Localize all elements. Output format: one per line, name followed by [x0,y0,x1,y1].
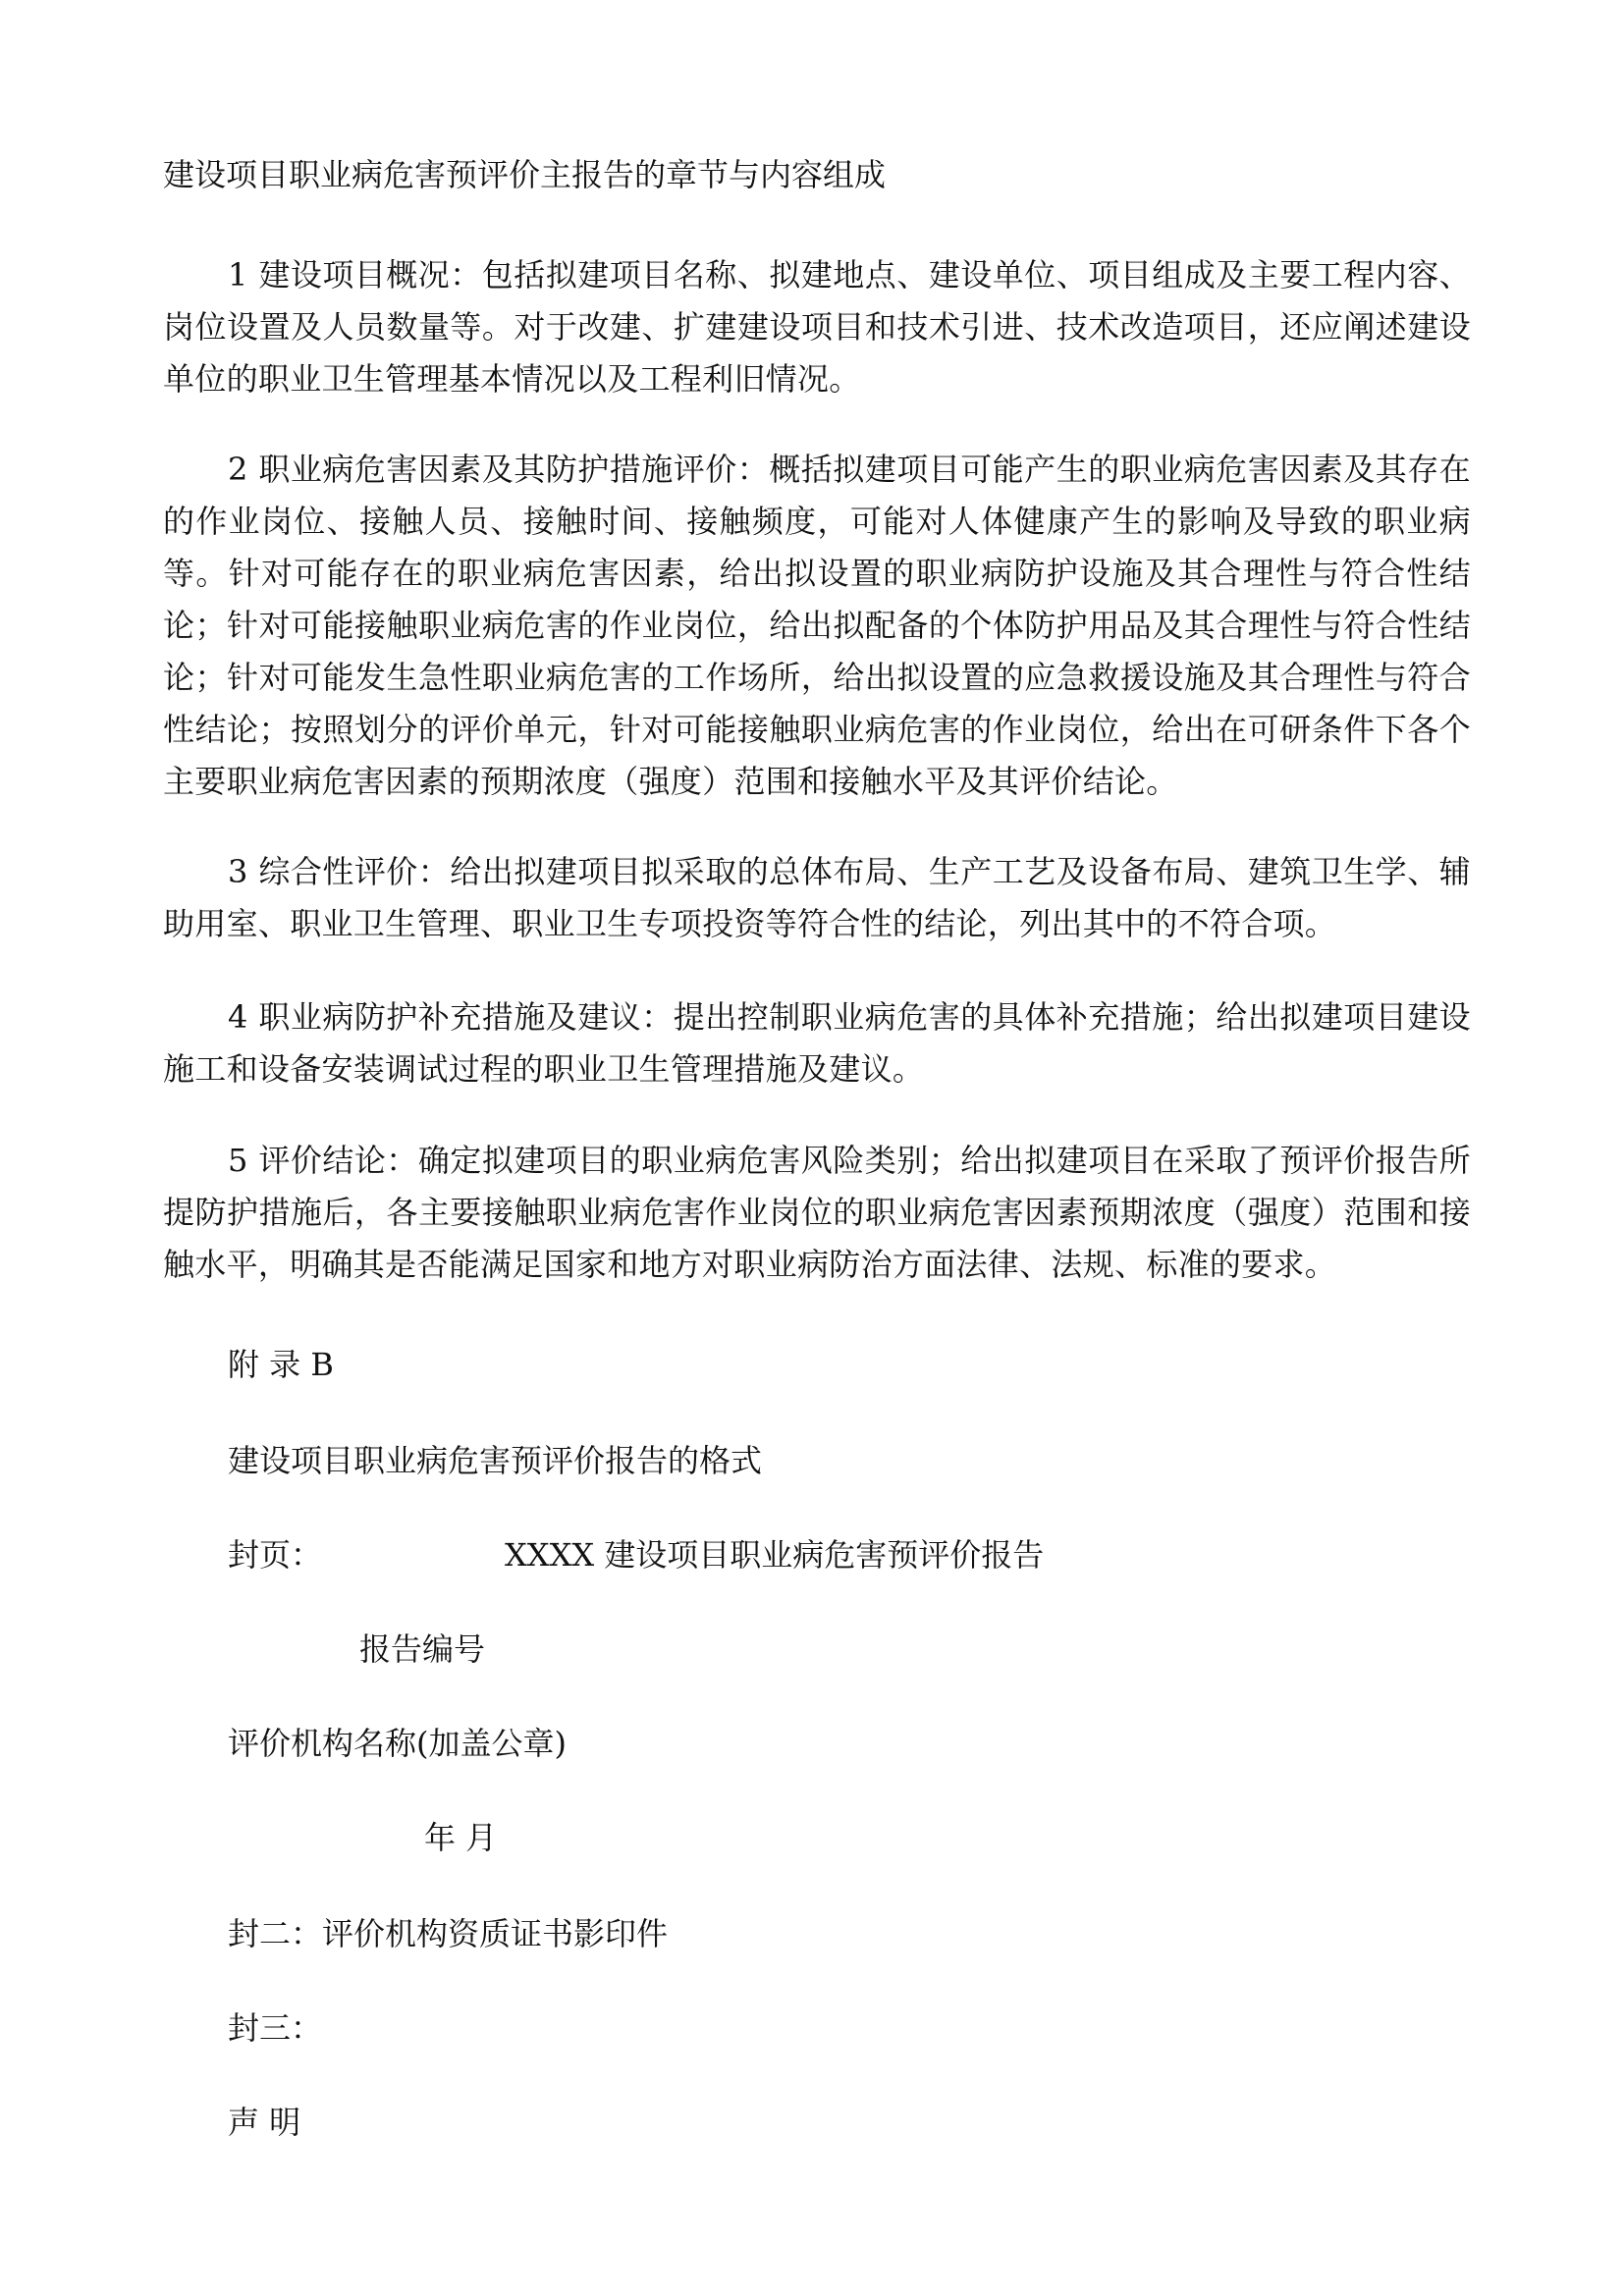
appendix-label: 附 录 B [228,1345,334,1384]
paragraph-item-4: 4 职业病防护补充措施及建议：提出控制职业病危害的具体补充措施；给出拟建项目建设… [163,991,1471,1095]
cover-label: 封页： [228,1535,322,1575]
date-label: 年 月 [424,1818,497,1857]
report-number-label: 报告编号 [359,1629,485,1669]
paragraph-item-3: 3 综合性评价：给出拟建项目拟采取的总体布局、生产工艺及设备布局、建筑卫生学、辅… [163,846,1471,950]
appendix-title: 建设项目职业病危害预评价报告的格式 [228,1441,762,1480]
paragraph-item-1: 1 建设项目概况：包括拟建项目名称、拟建地点、建设单位、项目组成及主要工程内容、… [163,249,1471,405]
cover-title: XXXX 建设项目职业病危害预评价报告 [505,1535,1044,1575]
section-title: 建设项目职业病危害预评价主报告的章节与内容组成 [163,155,886,194]
paragraph-item-2: 2 职业病危害因素及其防护措施评价：概括拟建项目可能产生的职业病危害因素及其存在… [163,444,1471,808]
cover3-label: 封三： [228,2008,322,2048]
cover2-label: 封二：评价机构资质证书影印件 [228,1914,668,1953]
statement-heading: 声 明 [228,2103,300,2142]
paragraph-item-5: 5 评价结论：确定拟建项目的职业病危害风险类别；给出拟建项目在采取了预评价报告所… [163,1135,1471,1291]
org-name-label: 评价机构名称(加盖公章) [228,1724,567,1763]
